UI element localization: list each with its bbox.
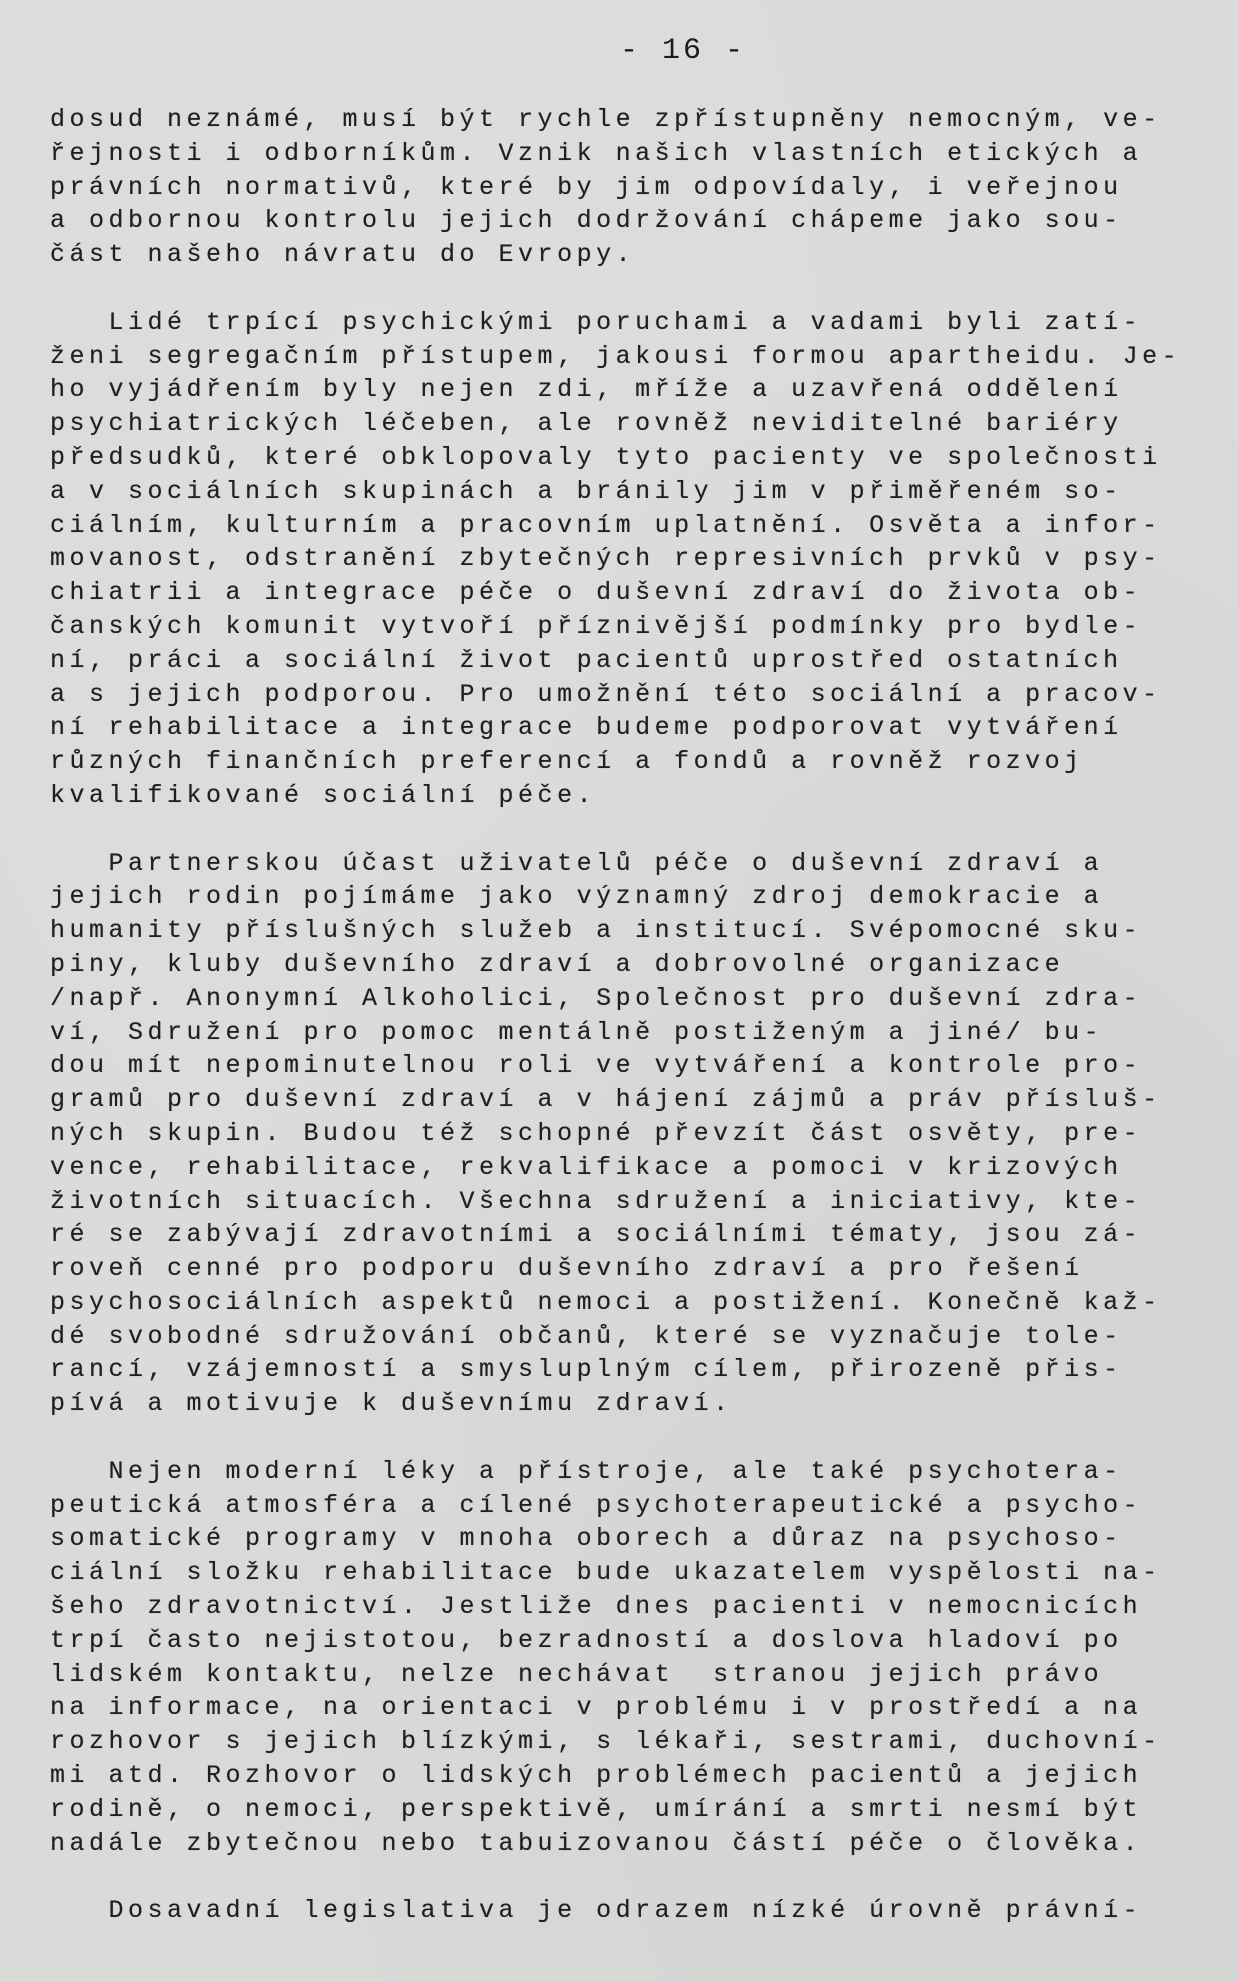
text-line: a v sociálních skupinách a bránily jim v…	[50, 475, 1210, 509]
text-line: ciální složku rehabilitace bude ukazatel…	[50, 1556, 1210, 1590]
text-line: ho vyjádřením byly nejen zdi, mříže a uz…	[50, 373, 1210, 407]
text-line: šeho zdravotnictví. Jestliže dnes pacien…	[50, 1590, 1210, 1624]
text-line: rozhovor s jejich blízkými, s lékaři, se…	[50, 1725, 1210, 1759]
text-line: psychosociálních aspektů nemoci a postiž…	[50, 1286, 1210, 1320]
text-line: mi atd. Rozhovor o lidských problémech p…	[50, 1759, 1210, 1793]
text-line: právních normativů, které by jim odpovíd…	[50, 171, 1210, 205]
text-line: ných skupin. Budou též schopné převzít č…	[50, 1117, 1210, 1151]
text-line: rodině, o nemoci, perspektivě, umírání a…	[50, 1793, 1210, 1827]
text-line: životních situacích. Všechna sdružení a …	[50, 1185, 1210, 1219]
text-line: ní rehabilitace a integrace budeme podpo…	[50, 711, 1210, 745]
paragraph: Lidé trpící psychickými poruchami a vada…	[50, 306, 1210, 813]
text-line: jejich rodin pojímáme jako významný zdro…	[50, 880, 1210, 914]
text-line: vence, rehabilitace, rekvalifikace a pom…	[50, 1151, 1210, 1185]
text-line: /např. Anonymní Alkoholici, Společnost p…	[50, 982, 1210, 1016]
text-line: dé svobodné sdružování občanů, které se …	[50, 1320, 1210, 1354]
page-number: - 16 -	[0, 34, 1239, 68]
text-line: čanských komunit vytvoří příznivější pod…	[50, 610, 1210, 644]
text-line: Nejen moderní léky a přístroje, ale také…	[50, 1455, 1210, 1489]
text-line: ciálním, kulturním a pracovním uplatnění…	[50, 509, 1210, 543]
text-line: část našeho návratu do Evropy.	[50, 238, 1210, 272]
paragraph: Dosavadní legislativa je odrazem nízké ú…	[50, 1894, 1210, 1928]
text-line: piny, kluby duševního zdraví a dobrovoln…	[50, 948, 1210, 982]
text-line: somatické programy v mnoha oborech a důr…	[50, 1522, 1210, 1556]
text-line: roveň cenné pro podporu duševního zdraví…	[50, 1252, 1210, 1286]
text-line: dou mít nepominutelnou roli ve vytváření…	[50, 1049, 1210, 1083]
text-line: movanost, odstranění zbytečných represiv…	[50, 542, 1210, 576]
text-line: psychiatrických léčeben, ale rovněž nevi…	[50, 407, 1210, 441]
text-line: Dosavadní legislativa je odrazem nízké ú…	[50, 1894, 1210, 1928]
text-line: předsudků, které obklopovaly tyto pacien…	[50, 441, 1210, 475]
text-line: ženi segregačním přístupem, jakousi form…	[50, 340, 1210, 374]
document-body: dosud neznámé, musí být rychle zpřístupn…	[50, 103, 1210, 1962]
paragraph: Partnerskou účast uživatelů péče o dušev…	[50, 847, 1210, 1422]
text-line: a odbornou kontrolu jejich dodržování ch…	[50, 204, 1210, 238]
text-line: Partnerskou účast uživatelů péče o dušev…	[50, 847, 1210, 881]
document-page: - 16 - dosud neznámé, musí být rychle zp…	[0, 0, 1239, 1982]
text-line: dosud neznámé, musí být rychle zpřístupn…	[50, 103, 1210, 137]
text-line: gramů pro duševní zdraví a v hájení zájm…	[50, 1083, 1210, 1117]
text-line: kvalifikované sociální péče.	[50, 779, 1210, 813]
text-line: ré se zabývají zdravotními a sociálními …	[50, 1218, 1210, 1252]
text-line: řejnosti i odborníkům. Vznik našich vlas…	[50, 137, 1210, 171]
text-line: nadále zbytečnou nebo tabuizovanou částí…	[50, 1827, 1210, 1861]
text-line: různých finančních preferencí a fondů a …	[50, 745, 1210, 779]
text-line: ní, práci a sociální život pacientů upro…	[50, 644, 1210, 678]
text-line: peutická atmosféra a cílené psychoterape…	[50, 1489, 1210, 1523]
text-line: pívá a motivuje k duševnímu zdraví.	[50, 1387, 1210, 1421]
text-line: trpí často nejistotou, bezradností a dos…	[50, 1624, 1210, 1658]
text-line: rancí, vzájemností a smysluplným cílem, …	[50, 1353, 1210, 1387]
text-line: humanity příslušných služeb a institucí.…	[50, 914, 1210, 948]
paragraph: dosud neznámé, musí být rychle zpřístupn…	[50, 103, 1210, 272]
text-line: chiatrii a integrace péče o duševní zdra…	[50, 576, 1210, 610]
paragraph: Nejen moderní léky a přístroje, ale také…	[50, 1455, 1210, 1861]
text-line: a s jejich podporou. Pro umožnění této s…	[50, 678, 1210, 712]
text-line: ví, Sdružení pro pomoc mentálně postižen…	[50, 1016, 1210, 1050]
text-line: Lidé trpící psychickými poruchami a vada…	[50, 306, 1210, 340]
text-line: lidském kontaktu, nelze nechávat stranou…	[50, 1658, 1210, 1692]
text-line: na informace, na orientaci v problému i …	[50, 1691, 1210, 1725]
